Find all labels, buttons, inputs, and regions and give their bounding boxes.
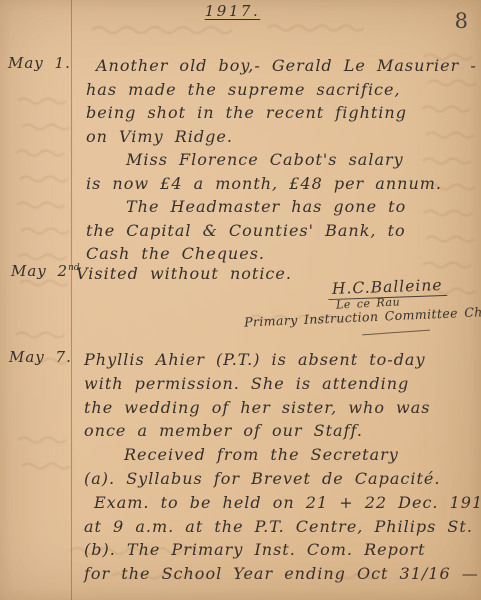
entry-date: May 1. [8,54,71,72]
entry-line: for the School Year ending Oct 31/16 — [84,562,481,586]
entry-line: The Headmaster has gone to [86,195,481,219]
entry-line: Miss Florence Cabot's salary [86,148,481,172]
entry-line: with permission. She is attending [84,372,481,396]
entry-line: at 9 a.m. at the P.T. Centre, Philips St… [84,515,481,539]
entry-line: Phyllis Ahier (P.T.) is absent to-day [84,348,481,372]
journal-entry-may-2: May 2nd Visited without notice. H.C.Ball… [0,256,481,286]
entry-line: the wedding of her sister, who was [84,396,481,420]
entry-date: May 2nd [11,262,80,280]
entry-line: once a member of our Staff. [84,419,481,443]
journal-entry-may-1: May 1. Another old boy,- Gerald Le Masur… [0,48,481,266]
entry-body: Another old boy,- Gerald Le Masurier - h… [86,48,481,266]
entry-line: (a). Syllabus for Brevet de Capacité. [84,467,481,491]
page-number: 8 [455,9,468,33]
entry-line: (b). The Primary Inst. Com. Report [84,538,481,562]
entry-date: May 7. [9,348,72,366]
year-heading: 1917. [0,2,473,20]
journal-entry-may-7: May 7. Phyllis Ahier (P.T.) is absent to… [0,342,481,586]
entry-line: Another old boy,- Gerald Le Masurier - [86,54,481,78]
entry-line: Exam. to be held on 21 + 22 Dec. 1917, [84,491,481,515]
entry-line: the Capital & Counties' Bank, to [86,219,481,243]
entry-line: is now £4 a month, £48 per annum. [86,172,481,196]
entry-line: being shot in the recent fighting [86,101,481,125]
entry-line: has made the supreme sacrifice, [86,78,481,102]
entry-line: Received from the Secretary [84,443,481,467]
date-ordinal-suffix: nd [68,263,80,273]
entry-line: on Vimy Ridge. [86,125,481,149]
logbook-page: 1917. 8 May 1. Another old boy,- Gerald … [0,0,481,600]
entry-body: Phyllis Ahier (P.T.) is absent to-day wi… [84,342,481,586]
